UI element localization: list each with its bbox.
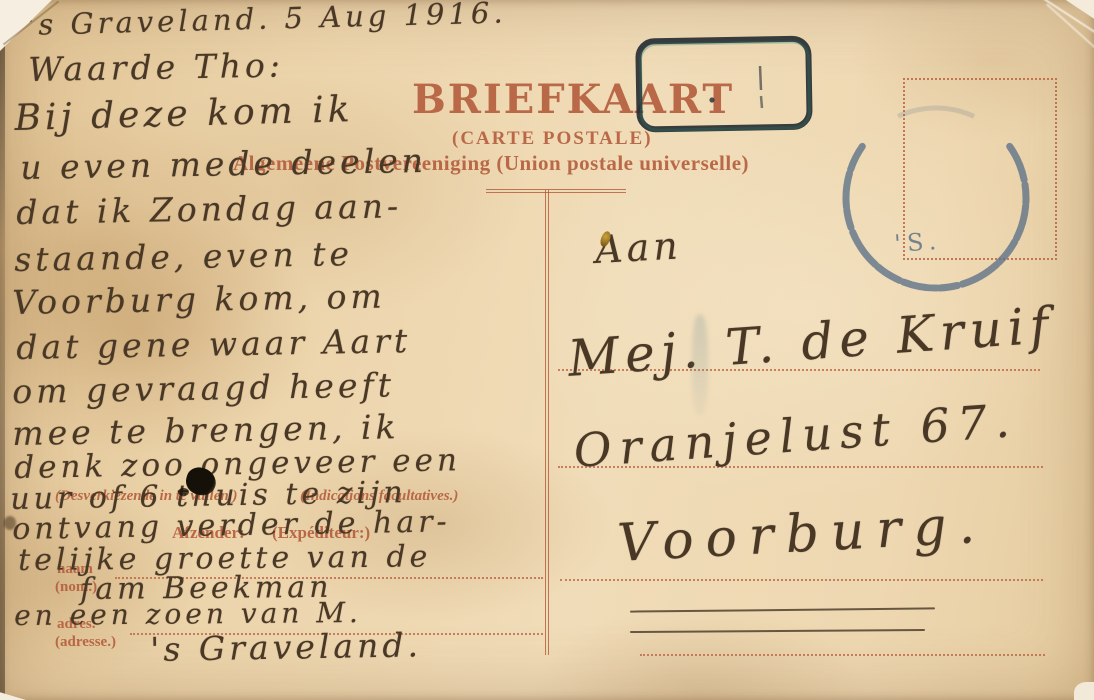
message-line: u even mede deelen (20, 141, 427, 187)
message-line: om gevraagd heeft (12, 365, 395, 411)
address-recipient: Mej. T. de Kruif (566, 296, 1056, 388)
address-label-fr: (adresse.) (55, 634, 116, 651)
message-line: staande, even te (14, 234, 353, 279)
message-line: dat gene waar Aart (16, 321, 412, 367)
edge-smudge (4, 516, 16, 530)
divider-top-bar (486, 189, 626, 193)
recipient-dotted-line-4 (640, 654, 1045, 656)
ink-blot (178, 488, 189, 496)
card-subtitle: (CARTE POSTALE) (452, 128, 653, 150)
left-edge-shadow (0, 0, 5, 700)
salutation-line: Waarde Tho: (28, 46, 284, 89)
date-line: 's Graveland. 5 Aug 1916. (26, 0, 507, 42)
underline-stroke (630, 629, 925, 633)
postcard-back: BRIEFKAART (CARTE POSTALE) Algemeene Pos… (0, 0, 1094, 700)
handstamp-speck (709, 97, 714, 102)
postmark-circle: 'S. (838, 100, 1038, 300)
place-line: 's Graveland. (150, 625, 422, 669)
message-line: Bij deze kom ik (14, 89, 354, 139)
corner-tear (1074, 682, 1094, 700)
recipient-dotted-line-3 (560, 579, 1043, 581)
postmark-text: 'S. (893, 227, 943, 258)
handstamp-box (634, 34, 818, 138)
underline-stroke (630, 607, 935, 612)
blue-smear (692, 315, 708, 415)
message-line: dat ik Zondag aan- (16, 186, 402, 232)
divider-vertical-line (545, 190, 549, 655)
address-city: Voorburg. (616, 495, 988, 574)
message-line: Voorburg kom, om (12, 276, 386, 322)
